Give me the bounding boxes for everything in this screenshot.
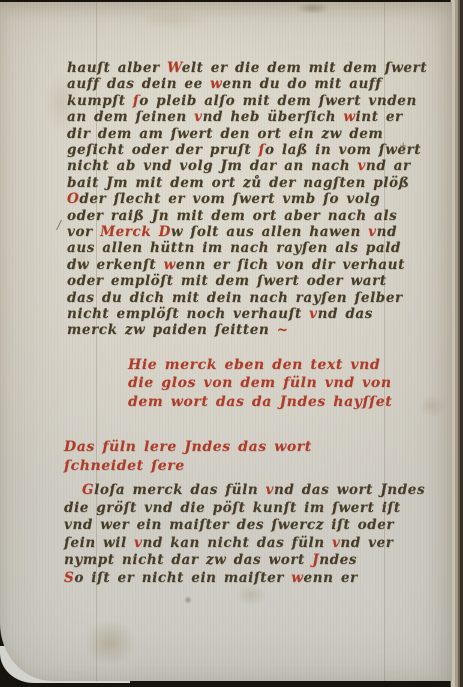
margin-mark: + <box>399 141 407 152</box>
margin-mark: / <box>57 218 61 232</box>
parchment-page: hauſt alber Welt er die dem mit dem ſwer… <box>0 2 452 681</box>
margin-marks: /-+ <box>0 2 452 681</box>
manuscript-photo: hauſt alber Welt er die dem mit dem ſwer… <box>0 0 463 687</box>
margin-mark: - <box>397 64 400 74</box>
